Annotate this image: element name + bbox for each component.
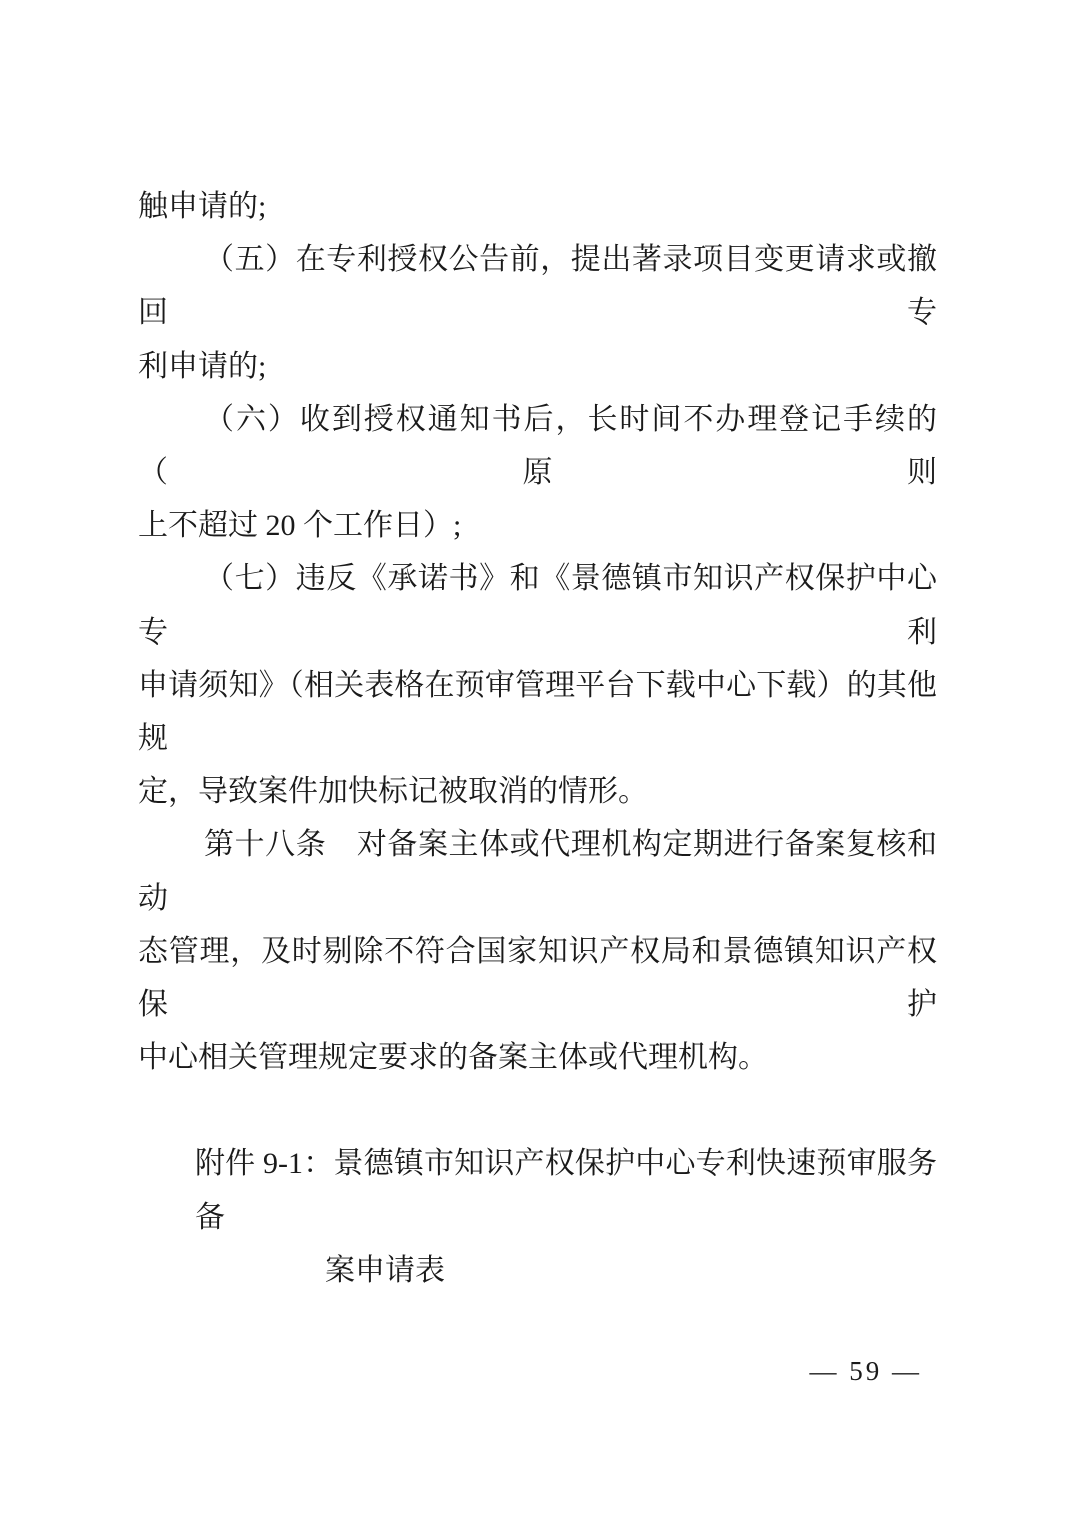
text-line: （六）收到授权通知书后，长时间不办理登记手续的（原则 <box>138 393 937 499</box>
text-line: 中心相关管理规定要求的备案主体或代理机构。 <box>138 1031 937 1084</box>
text-line: 定，导致案件加快标记被取消的情形。 <box>138 765 937 818</box>
article-18-line: 第十八条 对备案主体或代理机构定期进行备案复核和动 <box>138 818 937 924</box>
text-line: 态管理，及时剔除不符合国家知识产权局和景德镇知识产权保护 <box>138 925 937 1031</box>
text-line: （五）在专利授权公告前，提出著录项目变更请求或撤回专 <box>138 233 937 339</box>
text-line: 触申请的; <box>138 180 937 233</box>
attachment-reference-line: 附件 9-1：景德镇市知识产权保护中心专利快速预审服务备 <box>138 1137 937 1243</box>
document-body: 触申请的; （五）在专利授权公告前，提出著录项目变更请求或撤回专 利申请的; （… <box>138 180 937 1297</box>
page-number: — 59 — <box>810 1356 923 1387</box>
text-line: （七）违反《承诺书》和《景德镇市知识产权保护中心专利 <box>138 552 937 658</box>
text-line: 上不超过 20 个工作日）; <box>138 499 937 552</box>
attachment-reference-line: 案申请表 <box>138 1244 937 1297</box>
document-page: 触申请的; （五）在专利授权公告前，提出著录项目变更请求或撤回专 利申请的; （… <box>0 0 1074 1520</box>
text-line: 利申请的; <box>138 340 937 393</box>
text-line: 申请须知》（相关表格在预审管理平台下载中心下载）的其他规 <box>138 659 937 765</box>
